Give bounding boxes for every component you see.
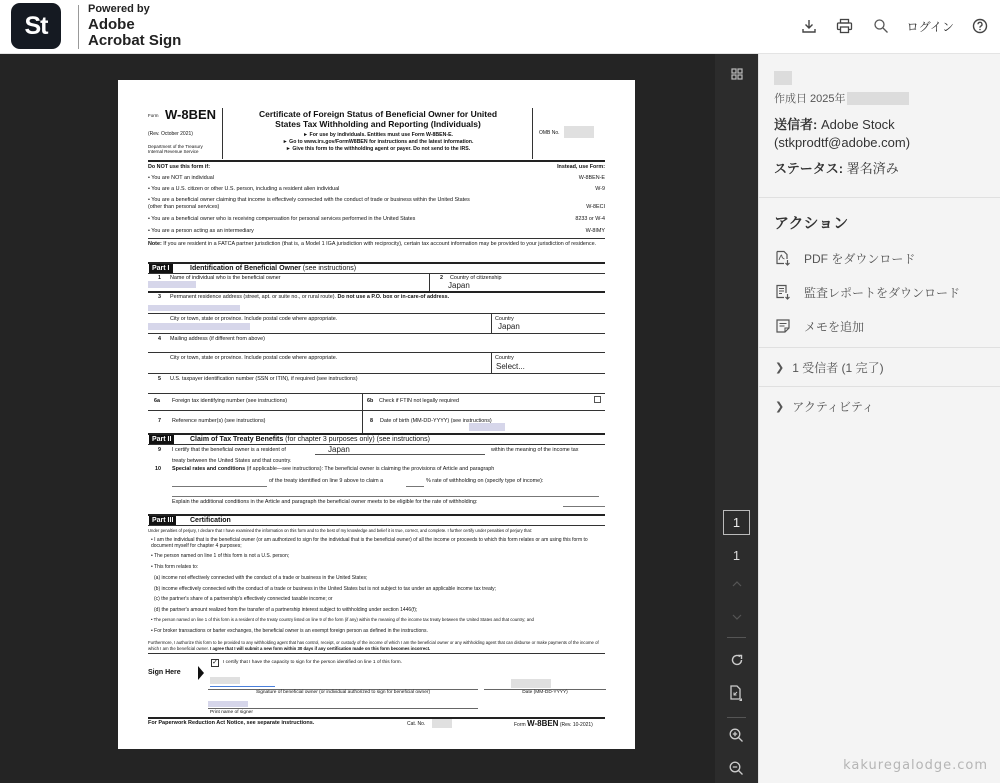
signature-label: Signature of beneficial owner (or indivi… — [208, 690, 478, 696]
cert-item: • The person named on line 1 of this for… — [151, 553, 289, 559]
footer-form-label: Form — [514, 722, 526, 728]
print-name-redacted[interactable] — [208, 701, 248, 707]
line-num: 8 — [370, 418, 373, 425]
pdf-download-icon — [774, 249, 792, 267]
row-text: • You are a U.S. citizen or other U.S. p… — [148, 186, 339, 193]
viewer-toolbar: 1 1 — [715, 54, 758, 783]
form-dept: Department of the TreasuryInternal Reven… — [148, 144, 203, 154]
cert-intro: Under penalties of perjury, I declare th… — [148, 528, 605, 533]
divider — [532, 108, 533, 159]
line9-label-cont: within the meaning of the income tax — [491, 447, 579, 454]
line10-label: Special rates and conditions (if applica… — [172, 466, 494, 473]
sender-name: Adobe Stock — [821, 117, 895, 132]
zoom-out-icon — [729, 761, 744, 776]
download-icon[interactable] — [799, 16, 819, 36]
cert-item: • This form relates to: — [151, 564, 198, 570]
line-num: 10 — [155, 466, 161, 473]
form-rev: (Rev. October 2021) — [148, 131, 193, 137]
part2-tag: Part II — [149, 435, 174, 444]
part3-title: Certification — [190, 516, 231, 525]
dont-use-row: • You are a beneficial owner who is rece… — [148, 216, 605, 223]
line4-label: Mailing address (if different from above… — [170, 336, 265, 343]
note-icon — [774, 317, 792, 335]
note-label: Note: — [148, 241, 162, 247]
date-label: Date (MM-DD-YYYY) — [484, 690, 606, 696]
row-form: 8233 or W-4 — [575, 216, 605, 223]
agreement-info: 作成日 2025年 送信者: Adobe Stock (stkprodtf@ad… — [759, 54, 1000, 198]
capacity-checkbox[interactable]: ✓ — [211, 659, 219, 667]
line-num: 9 — [158, 447, 161, 454]
divider — [222, 108, 223, 159]
row-form: W-8IMY — [586, 228, 605, 235]
field-line[interactable] — [406, 486, 424, 487]
chevron-up-icon — [732, 581, 742, 587]
footer-form: Form W-8BEN (Rev. 10-2021) — [514, 719, 593, 729]
dont-use-row: • You are a U.S. citizen or other U.S. p… — [148, 186, 605, 193]
country-label: Country — [495, 355, 514, 362]
footer-form-number: W-8BEN — [527, 719, 558, 728]
created-date-redacted — [847, 92, 909, 105]
field-line[interactable] — [172, 496, 599, 497]
rotate-button[interactable] — [715, 651, 758, 669]
note-text: If you are resident in a FATCA partner j… — [162, 241, 596, 247]
row-text: (other than personal services) — [148, 204, 219, 211]
toolbar: ログイン — [799, 16, 990, 36]
grid-icon — [731, 68, 743, 80]
subtitle-line1: ► For use by individuals. Entities must … — [224, 132, 532, 139]
line3-bold: Do not use a P.O. box or in-care-of addr… — [336, 294, 449, 300]
recipients-expander[interactable]: ❯1 受信者 (1 完了) — [759, 348, 1000, 387]
row-form: W-8ECI — [586, 204, 605, 211]
next-page-button[interactable] — [715, 609, 758, 625]
help-icon[interactable] — [970, 16, 990, 36]
country-field[interactable]: Japan — [498, 322, 520, 332]
form-label: Form — [148, 113, 159, 119]
rule — [148, 410, 605, 411]
line-num: 3 — [158, 294, 161, 301]
line3-label: Permanent residence address (street, apt… — [170, 294, 449, 301]
line-num: 7 — [158, 418, 161, 425]
field-line[interactable] — [563, 506, 605, 507]
row-text: • You are a person acting as an intermed… — [148, 228, 254, 235]
mailing-country-select[interactable]: Select... — [496, 362, 525, 372]
line10-text: (if applicable—see instructions): The be… — [245, 466, 494, 472]
cert-item: (b) income effectively connected with th… — [154, 586, 496, 592]
subtitle-line3: ► Give this form to the withholding agen… — [224, 146, 532, 153]
dont-use-row: • You are a person acting as an intermed… — [148, 228, 605, 235]
part1-title-text: Identification of Beneficial Owner — [190, 265, 301, 272]
line10-bold: Special rates and conditions — [172, 466, 245, 472]
sign-arrow-icon — [198, 666, 204, 680]
cert-item: • For broker transactions or barter exch… — [151, 628, 428, 634]
rule — [148, 291, 605, 293]
city-label: City or town, state or province. Include… — [170, 355, 337, 362]
add-note-action[interactable]: メモを追加 — [774, 309, 985, 343]
date-redacted[interactable] — [511, 679, 551, 688]
sender: 送信者: Adobe Stock (stkprodtf@adobe.com) — [774, 116, 910, 152]
rule — [148, 653, 605, 654]
document-page: Form W-8BEN (Rev. October 2021) Departme… — [118, 80, 635, 749]
rule — [148, 238, 605, 239]
line10-label-d: Explain the additional conditions in the… — [172, 499, 477, 506]
adobe-stock-logo: St — [11, 3, 61, 49]
part3-tag: Part III — [149, 516, 176, 525]
rule — [148, 373, 605, 374]
line-num: 5 — [158, 376, 161, 383]
login-button[interactable]: ログイン — [907, 18, 954, 35]
line9-label: I certify that the beneficial owner is a… — [172, 447, 286, 454]
signature-redacted — [210, 677, 240, 684]
ftin-checkbox[interactable] — [594, 396, 601, 403]
watermark: kakuregalodge.com — [843, 758, 988, 773]
row-text: • You are a beneficial owner who is rece… — [148, 216, 415, 223]
city-redacted[interactable] — [148, 323, 250, 330]
fit-page-icon — [729, 685, 745, 703]
line-num: 2 — [440, 275, 443, 282]
cert-furthermore: Furthermore, I authorize this form to be… — [148, 640, 605, 651]
action-label: メモを追加 — [804, 318, 864, 335]
details-panel: 作成日 2025年 送信者: Adobe Stock (stkprodtf@ad… — [758, 54, 1000, 783]
rule — [148, 393, 605, 394]
chevron-down-icon — [732, 614, 742, 620]
zoom-in-icon — [729, 728, 744, 743]
footer-notice: For Paperwork Reduction Act Notice, see … — [148, 720, 314, 727]
status: ステータス: 署名済み — [774, 158, 899, 177]
separator — [727, 637, 746, 638]
part2-subtitle: (for chapter 3 purposes only) (see instr… — [283, 436, 430, 443]
subtitle-line2: ► Go to www.irs.gov/FormW8BEN for instru… — [224, 139, 532, 146]
dont-use-header: Do NOT use this form if:Instead, use For… — [148, 164, 605, 171]
rule — [148, 333, 605, 334]
line7-label: Reference number(s) (see instructions) — [172, 418, 265, 425]
line3-text: Permanent residence address (street, apt… — [170, 294, 336, 300]
activity-expander[interactable]: ❯アクティビティ — [759, 387, 1000, 426]
field-line — [315, 454, 485, 455]
sender-label: 送信者: — [774, 117, 817, 132]
line10-label-c: % rate of withholding on (specify type o… — [426, 478, 543, 485]
powered-by: Powered by — [88, 4, 181, 15]
part1-tag: Part I — [149, 264, 173, 273]
rotate-icon — [730, 653, 744, 667]
cert-item: • I am the individual that is the benefi… — [151, 537, 605, 550]
part2-title: Claim of Tax Treaty Benefits (for chapte… — [190, 435, 430, 444]
divider — [429, 273, 430, 291]
sender-email: (stkprodtf@adobe.com) — [774, 134, 910, 152]
line9-label-2: treaty between the United States and tha… — [172, 458, 291, 465]
rule — [148, 352, 605, 353]
dob-redacted[interactable] — [469, 423, 505, 431]
dont-use-row: (other than personal services)W-8ECI — [148, 204, 605, 211]
actions-heading: アクション — [774, 212, 985, 233]
chevron-right-icon: ❯ — [775, 361, 784, 374]
separator — [727, 717, 746, 718]
omb-redacted — [564, 126, 594, 138]
citizenship-field[interactable]: Japan — [448, 281, 470, 291]
zoom-out-button[interactable] — [715, 758, 758, 778]
cat-no-redacted — [432, 719, 452, 728]
line6b-label: Check if FTIN not legally required — [379, 398, 459, 405]
line6a-label: Foreign tax identifying number (see inst… — [172, 398, 287, 405]
action-label: 監査レポートをダウンロード — [804, 284, 960, 301]
cert-item: (d) the partner's amount realized from t… — [154, 607, 417, 613]
row-text: • You are NOT an individual — [148, 175, 214, 182]
field-line — [208, 708, 478, 709]
furthermore-bold: I agree that I will submit a new form wi… — [209, 646, 430, 651]
sign-here-label: Sign Here — [148, 669, 181, 678]
page-number-input[interactable]: 1 — [723, 510, 750, 535]
logo-text: St — [25, 12, 48, 41]
rule — [148, 273, 605, 274]
status-label: ステータス: — [774, 161, 843, 176]
status-value: 署名済み — [847, 161, 899, 176]
print-icon[interactable] — [835, 16, 855, 36]
brand-acrobat-sign: Acrobat Sign — [88, 33, 181, 49]
line-num: 4 — [158, 336, 161, 343]
signature-field[interactable] — [210, 684, 275, 687]
page-count: 1 — [715, 548, 758, 563]
recipients-label: 1 受信者 (1 完了) — [792, 359, 883, 376]
line5-label: U.S. taxpayer identification number (SSN… — [170, 376, 358, 383]
divider — [491, 352, 492, 373]
zoom-in-button[interactable] — [715, 725, 758, 745]
cert-item: • The person named on line 1 of this for… — [151, 617, 534, 622]
audit-report-icon — [774, 283, 792, 301]
line10-label-b: of the treaty identified on line 9 above… — [269, 478, 383, 485]
top-bar: St Powered by Adobe Acrobat Sign ログイン — [0, 0, 1000, 54]
download-pdf-action[interactable]: PDF をダウンロード — [774, 241, 985, 275]
dept-line2: Internal Revenue Service — [148, 149, 203, 154]
footer-form-rev: (Rev. 10-2021) — [560, 722, 593, 728]
title-line2: States Tax Withholding and Reporting (In… — [224, 120, 532, 130]
agreement-name-redacted — [774, 71, 792, 85]
omb-label: OMB No. — [539, 130, 560, 136]
brand-divider — [78, 5, 79, 49]
activity-label: アクティビティ — [792, 398, 874, 415]
instead-title: Instead, use Form: — [557, 164, 605, 171]
created-date: 作成日 2025年 — [774, 90, 909, 106]
row-form: W-9 — [595, 186, 605, 193]
part1-subtitle: (see instructions) — [301, 265, 356, 272]
field-line[interactable] — [172, 486, 267, 487]
chevron-right-icon: ❯ — [775, 400, 784, 413]
part2-title-text: Claim of Tax Treaty Benefits — [190, 436, 283, 443]
print-name-label: Print name of signer — [210, 710, 253, 716]
address-redacted[interactable] — [148, 305, 240, 311]
row-text: • You are a beneficial owner claiming th… — [148, 197, 470, 204]
action-label: PDF をダウンロード — [804, 250, 915, 267]
dont-use-row: • You are NOT an individualW-8BEN-E — [148, 175, 605, 182]
cert-item: (a) income not effectively connected wit… — [154, 575, 367, 581]
rule — [148, 313, 605, 314]
name-redacted — [148, 281, 196, 288]
capacity-label: I certify that I have the capacity to si… — [223, 660, 402, 666]
divider — [491, 313, 492, 333]
part1-title: Identification of Beneficial Owner (see … — [190, 264, 356, 273]
rule — [148, 525, 605, 526]
fatca-note: Note: If you are resident in a FATCA par… — [148, 241, 605, 248]
fit-page-button[interactable] — [715, 683, 758, 705]
divider — [362, 393, 363, 433]
created-label: 作成日 2025年 — [774, 90, 846, 106]
city-label: City or town, state or province. Include… — [170, 316, 337, 323]
prev-page-button[interactable] — [715, 576, 758, 592]
thumbnails-button[interactable] — [715, 64, 758, 84]
form-title: Certificate of Foreign Status of Benefic… — [224, 110, 532, 129]
download-audit-report-action[interactable]: 監査レポートをダウンロード — [774, 275, 985, 309]
form-number: W-8BEN — [165, 108, 216, 122]
cat-no-label: Cat. No. — [407, 721, 425, 727]
cert-item: (c) the partner's share of a partnership… — [154, 596, 333, 602]
line-num: 6b — [367, 398, 373, 405]
dont-use-row: • You are a beneficial owner claiming th… — [148, 197, 605, 204]
line-num: 6a — [154, 398, 160, 405]
dont-use-title: Do NOT use this form if: — [148, 164, 210, 171]
row-form: W-8BEN-E — [579, 175, 605, 182]
header-rule — [148, 160, 605, 162]
actions-section: アクション PDF をダウンロード 監査レポートをダウンロード メモを追加 — [759, 198, 1000, 348]
rule — [148, 444, 605, 445]
search-icon[interactable] — [871, 16, 891, 36]
form-subtitle: ► For use by individuals. Entities must … — [224, 132, 532, 153]
brand: Powered by Adobe Acrobat Sign — [88, 4, 181, 49]
brand-adobe: Adobe — [88, 17, 181, 33]
